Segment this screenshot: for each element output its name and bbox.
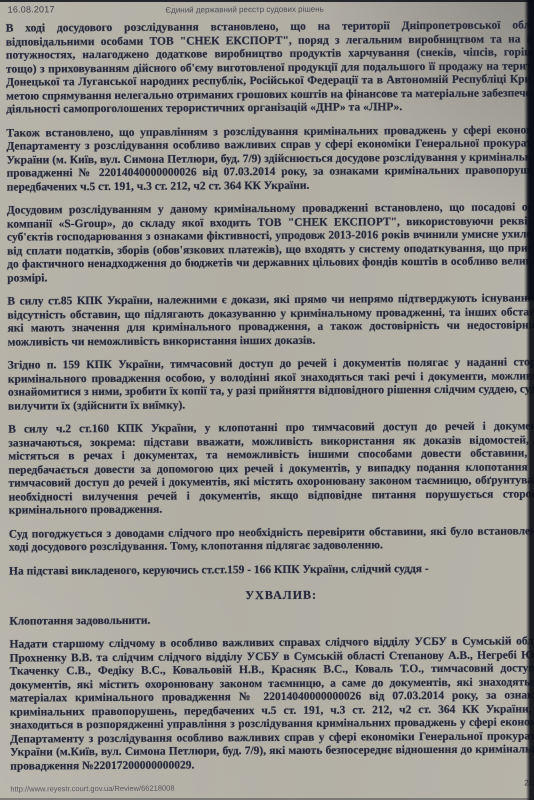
paragraph: В силу ст.85 КПК України, належними є до… <box>7 292 534 349</box>
photo-right-edge <box>526 0 534 800</box>
paragraph: Згідно п. 159 КПК України, тимчасовий до… <box>8 356 534 413</box>
paragraph: В силу ч.2 ст.160 КПК України, у клопота… <box>8 420 534 518</box>
paragraph: Також встановлено, що управлінням з розс… <box>6 124 534 195</box>
register-title: Єдиний державний реєстр судових рішень <box>0 4 492 16</box>
paragraph: Клопотання задовольнити. <box>9 612 534 629</box>
ruling-heading: УХВАЛИВ: <box>9 587 534 604</box>
paragraph: Досудовим розслідуванням у даному кримін… <box>7 201 534 285</box>
document-body: В ході досудового розслідування встановл… <box>6 19 534 783</box>
paragraph: На підставі викладеного, керуючись ст.ст… <box>9 562 534 579</box>
footer-url: http://www.reyestr.court.gov.ua/Review/6… <box>10 784 174 794</box>
paragraph: Суд погоджується з доводами слідчого про… <box>9 525 534 555</box>
photo-top-edge <box>0 0 534 2</box>
paragraph: В ході досудового розслідування встановл… <box>6 19 534 117</box>
photo-skew-wrapper: 16.08.2017 Єдиний державний реєстр судов… <box>0 0 534 800</box>
document-photo: 16.08.2017 Єдиний державний реєстр судов… <box>0 0 534 800</box>
paragraph: Надати старшому слідчому в особливо важл… <box>9 635 534 773</box>
